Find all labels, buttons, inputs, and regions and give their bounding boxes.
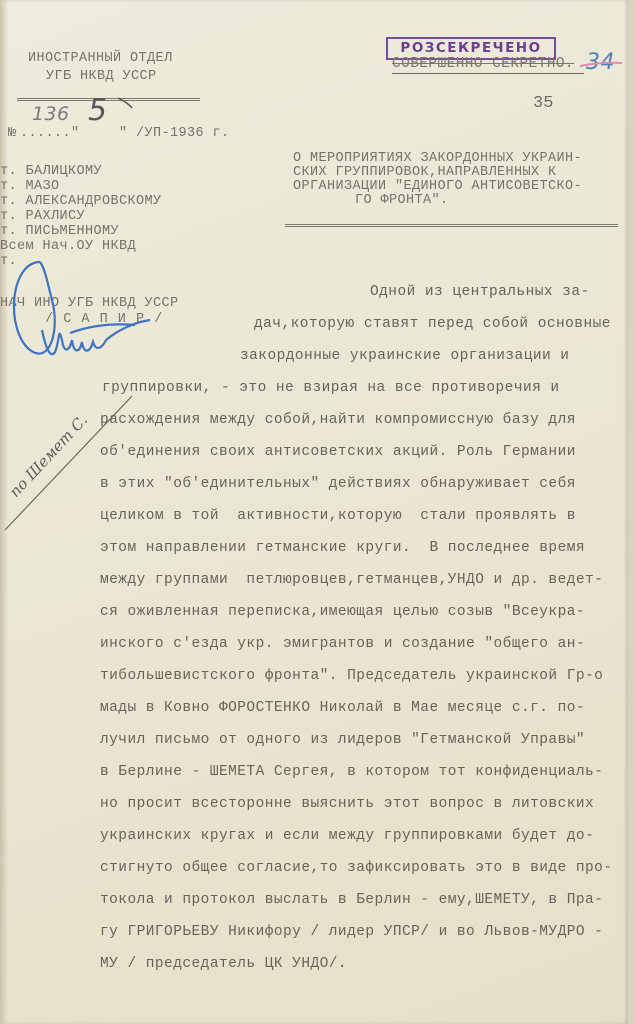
body-line: инского с'езда укр. эмигрантов и создани… <box>100 637 585 652</box>
signature-name: / С А П И Р / <box>45 313 163 327</box>
body-line: расхождения между собой,найти компромисс… <box>100 413 576 428</box>
body-line: об'единения своих антисоветских акций. Р… <box>100 445 576 460</box>
addressee: т. БАЛИЦКОМУ <box>0 165 102 179</box>
body-line: дач,которую ставят перед собой основные <box>254 317 611 332</box>
addressee: т. АЛЕКСАНДРОВСКОМУ <box>0 195 162 209</box>
body-line: МУ / председатель ЦК УНДО/. <box>100 957 347 972</box>
subject-line: СКИХ ГРУППИРОВОК,НАПРАВЛЕННЫХ К <box>293 166 557 180</box>
handwritten-document-number: 136 <box>32 105 69 124</box>
body-line: между группами петлюровцев,гетманцев,УНД… <box>100 573 603 588</box>
department-line-1: ИНОСТРАННЫЙ ОТДЕЛ <box>28 52 173 66</box>
number-dots: ......" <box>20 127 80 141</box>
addressee: т. <box>0 255 17 269</box>
addressee: т. РАХЛИСУ <box>0 210 85 224</box>
addressee: т. ПИСЬМЕННОМУ <box>0 225 119 239</box>
addressee: Всем Нач.ОУ НКВД <box>0 240 136 254</box>
body-line: гу ГРИГОРЬЕВУ Никифору / лидер УПСР/ и в… <box>100 925 603 940</box>
subject-double-rule <box>285 224 618 227</box>
body-line: лучил письмо от одного из лидеров "Гетма… <box>100 733 585 748</box>
body-line: но просит всесторонне выяснить этот вопр… <box>100 797 594 812</box>
subject-line: ГО ФРОНТА". <box>355 194 449 208</box>
body-line: этом направлении гетманские круги. В пос… <box>100 541 585 556</box>
page-left-edge <box>0 0 8 1024</box>
body-line: ся оживленная переписка,имеющая целью со… <box>100 605 585 620</box>
body-line: закордонные украинские организации и <box>240 349 569 364</box>
body-line: группировки, - это не взирая на все прот… <box>102 381 560 396</box>
body-line: токола и протокол выслать в Берлин - ему… <box>100 893 603 908</box>
body-line: стигнуто общее согласие,то зафиксировать… <box>100 861 612 876</box>
body-line: в этих "об'единительных" действиях обнар… <box>100 477 576 492</box>
number-prefix: № <box>8 127 17 141</box>
top-secret-marking: СОВЕРШЕННО СЕКРЕТНО. <box>392 56 574 72</box>
subject-line: ОРГАНИЗАЦИИ "ЕДИНОГО АНТИСОВЕТСКО- <box>293 180 582 194</box>
document-page: ИНОСТРАННЫЙ ОТДЕЛ УГБ НКВД УССР № ......… <box>0 0 628 1024</box>
body-line: Одной из центральных за- <box>370 285 590 300</box>
department-line-2: УГБ НКВД УССР <box>46 70 157 84</box>
body-line: мады в Ковно ФОРОСТЕНКО Николай в Мае ме… <box>100 701 585 716</box>
addressee: т. МАЗО <box>0 180 60 194</box>
body-line: тибольшевистского фронта". Председатель … <box>100 669 603 684</box>
signature-title: НАЧ ИНО УГБ НКВД УССР <box>0 297 179 311</box>
margin-note: по Шемет С. <box>6 411 91 501</box>
date-suffix: " /УП-1936 г. <box>119 127 230 141</box>
page-right-edge <box>628 0 635 1024</box>
body-line: целиком в той активности,которую стали п… <box>100 509 576 524</box>
subject-line: О МЕРОПРИЯТИЯХ ЗАКОРДОННЫХ УКРАИН- <box>293 152 582 166</box>
folio-number: 35 <box>533 94 553 113</box>
handwritten-sheet-number: 34 <box>586 52 615 74</box>
header-double-rule <box>17 98 200 101</box>
handwritten-day: 5 <box>88 96 108 126</box>
body-line: украинских кругах и если между группиров… <box>100 829 594 844</box>
top-secret-underline <box>392 73 584 74</box>
body-line: в Берлине - ШЕМЕТА Сергея, в котором тот… <box>100 765 603 780</box>
